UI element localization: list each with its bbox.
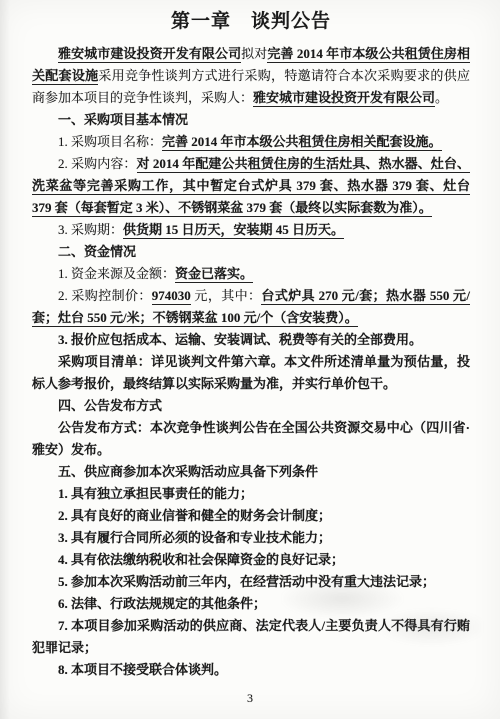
purchaser-name: 雅安城市建设投资开发有限公司 (253, 90, 435, 107)
project-name-value: 完善 2014 年市本级公共租赁住房相关配套设施。 (162, 134, 442, 151)
condition-item-8: 8. 本项目不接受联合体谈判。 (32, 659, 470, 681)
section-4-heading: 四、公告发布方式 (32, 395, 470, 417)
condition-item-4: 4. 具有依法缴纳税收和社会保障资金的良好记录； (32, 549, 470, 571)
procurement-content-label: 2. 采购内容： (58, 156, 137, 171)
announcement-method-paragraph: 公告发布方式：本次竞争性谈判公告在全国公共资源交易中心（四川省·雅安）发布。 (32, 417, 470, 461)
agency-name: 雅安城市建设投资开发有限公司 (58, 46, 241, 63)
condition-item-1: 1. 具有独立承担民事责任的能力； (32, 483, 470, 505)
scan-edge-shadow (0, 0, 10, 719)
condition-item-6: 6. 法律、行政法规规定的其他条件； (32, 593, 470, 615)
procurement-period-label: 3. 采购期： (58, 222, 123, 237)
document-page: 第一章 谈判公告 雅安城市建设投资开发有限公司拟对完善 2014 年市本级公共租… (0, 0, 500, 719)
intro-period: 。 (435, 90, 448, 105)
project-name-label: 1. 采购项目名称： (58, 134, 162, 149)
intro-text-1: 拟对 (241, 46, 267, 61)
condition-item-5: 5. 参加本次采购活动前三年内，在经营活动中没有重大违法记录； (32, 571, 470, 593)
funding-source-label: 1. 资金来源及金额： (58, 266, 175, 281)
section-2-heading: 二、资金情况 (32, 241, 470, 263)
section-1-heading: 一、采购项目基本情况 (32, 109, 470, 131)
quote-scope-item: 3. 报价应包括成本、运输、安装调试、税费等有关的全部费用。 (32, 329, 470, 351)
condition-item-3: 3. 具有履行合同所必须的设备和专业技术能力； (32, 527, 470, 549)
control-price-mid: 元，其中： (191, 288, 262, 303)
condition-item-7: 7. 本项目参加采购活动的供应商、法定代表人/主要负责人不得具有行贿犯罪记录； (32, 615, 470, 659)
funding-source-item: 1. 资金来源及金额：资金已落实。 (32, 263, 470, 285)
control-price-item: 2. 采购控制价：974030 元，其中：台式炉具 270 元/套；热水器 55… (32, 285, 470, 329)
section-5-heading: 五、供应商参加本次采购活动应具备下列条件 (32, 461, 470, 483)
control-price-amount: 974030 (152, 288, 191, 305)
procurement-period-item: 3. 采购期：供货期 15 日历天，安装期 45 日历天。 (32, 219, 470, 241)
intro-paragraph: 雅安城市建设投资开发有限公司拟对完善 2014 年市本级公共租赁住房相关配套设施… (32, 43, 470, 109)
page-number: 3 (0, 687, 500, 709)
procurement-content-item: 2. 采购内容：对 2014 年配建公共租赁住房的生活灶具、热水器、灶台、洗菜盆… (32, 153, 470, 219)
project-list-note: 采购项目清单：详见谈判文件第六章。本文件所述清单量为预估量，投标人参考报价，最终… (32, 351, 470, 395)
control-price-label: 2. 采购控制价： (58, 288, 152, 303)
procurement-period-value: 供货期 15 日历天，安装期 45 日历天。 (123, 222, 344, 239)
project-name-item: 1. 采购项目名称：完善 2014 年市本级公共租赁住房相关配套设施。 (32, 131, 470, 153)
condition-item-2: 2. 具有良好的商业信誉和健全的财务会计制度； (32, 505, 470, 527)
funding-source-value: 资金已落实。 (175, 266, 253, 283)
chapter-title: 第一章 谈判公告 (32, 9, 470, 35)
